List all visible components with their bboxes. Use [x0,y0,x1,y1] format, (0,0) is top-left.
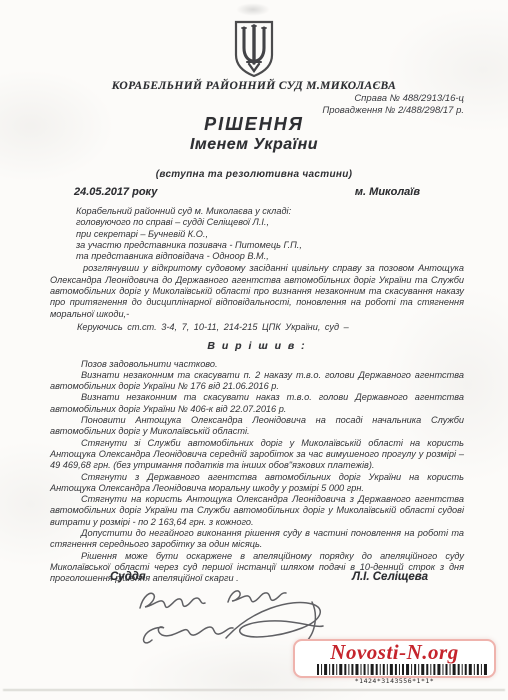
watermark-badge: Novosti-N.org *1424*3143556*1*1* [293,639,496,678]
resolution-paragraph: Визнати незаконним та скасувати наказ т.… [50,392,464,415]
dateline: 24.05.2017 року м. Миколаїв [74,186,420,198]
judge-name: Л.І. Селіщева [352,571,428,583]
scanned-court-decision-page: КОРАБЕЛЬНИЙ РАЙОННИЙ СУД М.МИКОЛАЄВА Спр… [0,0,508,700]
document-body: Корабельний районний суд м. Миколаєва у … [50,206,464,585]
court-name: КОРАБЕЛЬНИЙ РАЙОННИЙ СУД М.МИКОЛАЄВА [0,80,508,92]
resolution-paragraph: Стягнути на користь Антощука Олександра … [50,494,464,528]
resolution-heading: В и р і ш и в : [50,341,464,352]
court-composition-line: за участю представника позивача - Питоме… [76,240,464,251]
page-edge-line [3,689,505,691]
watermark-label: Novosti-N.org [295,641,494,664]
resolution-paragraph: Стягнути з Державного агентства автомобі… [50,472,464,495]
ukraine-trident-coat-of-arms-icon [231,19,277,79]
court-composition-line: та представника відповідача - Одноор В.М… [76,251,464,262]
case-number: Справа № 488/2913/16-ц [322,93,464,105]
barcode-text: *1424*3143556*1*1* [295,677,494,685]
legal-basis: Керуючись ст.ст. 3-4, 7, 10-11, 214-215 … [50,322,464,333]
resolution-paragraph: Стягнути зі Служби автомобільних доріг у… [50,438,464,472]
court-composition-line: головуючого по справі – судді Селіщевої … [76,217,464,228]
barcode-icon [317,662,489,673]
document-note: (вступна та резолютивна частини) [0,169,508,180]
resolution-paragraph: Визнати незаконним та скасувати п. 2 нак… [50,370,464,393]
resolution-paragraph: Допустити до негайного виконання рішення… [50,528,464,551]
decision-date: 24.05.2017 року [74,186,157,198]
resolution-paragraph: Поновити Антощука Олександра Леонідовича… [50,415,464,438]
case-description: розглянувши у відкритому судовому засіда… [50,263,464,319]
document-subtitle: Іменем України [0,136,508,154]
court-composition-line: при секретарі – Бучневій К.О., [76,229,464,240]
resolution-paragraph: Позов задовольнити частково. [50,359,464,370]
document-title: РІШЕННЯ [0,114,508,135]
decision-city: м. Миколаїв [355,186,420,198]
court-composition-line: Корабельний районний суд м. Миколаєва у … [76,206,464,217]
scan-smudge [236,3,270,16]
